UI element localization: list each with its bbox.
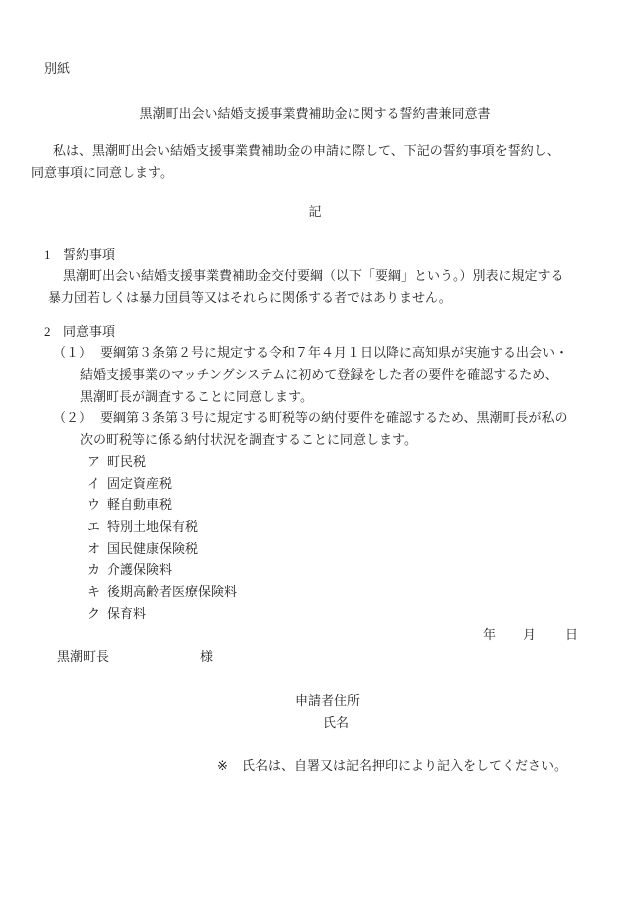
section-1-body-line-1: 黒潮町出会い結婚支援事業費補助金交付要綱（以下「要綱」という。）別表に規定する bbox=[63, 265, 630, 287]
tax-list-item: ク保育料 bbox=[87, 603, 630, 625]
addressee-name: 黒潮町長 bbox=[57, 649, 109, 664]
tax-list-item: ア町民税 bbox=[87, 451, 630, 473]
consent-item-2-text: 要綱第３条第３号に規定する町税等の納付要件を確認するため、黒潮町長が私の bbox=[100, 410, 567, 425]
tax-item-7-label: 後期高齢者医療保険料 bbox=[107, 584, 237, 599]
consent-item-2-line-2: 次の町税等に係る納付状況を調査することに同意します。 bbox=[80, 429, 630, 451]
section-2-number: 2 bbox=[44, 321, 63, 343]
document-page: 別紙 黒潮町出会い結婚支援事業費補助金に関する誓約書兼同意書 私は、黒潮町出会い… bbox=[0, 0, 630, 903]
consent-item-1-line-2: 結婚支援事業のマッチングシステムに初めて登録をした者の要件を確認するため、 bbox=[80, 364, 630, 386]
tax-item-6-marker: カ bbox=[87, 559, 107, 581]
tax-item-6-label: 介護保険料 bbox=[107, 562, 172, 577]
intro-paragraph-line-2: 同意事項に同意します。 bbox=[31, 162, 630, 184]
date-year-label: 年 bbox=[483, 627, 496, 642]
attachment-label: 別紙 bbox=[44, 58, 630, 80]
tax-item-1-marker: ア bbox=[87, 451, 107, 473]
tax-item-5-marker: オ bbox=[87, 538, 107, 560]
consent-item-2-line-1: （２）要綱第３条第３号に規定する町税等の納付要件を確認するため、黒潮町長が私の bbox=[53, 407, 630, 429]
note-text: 氏名は、自署又は記名押印により記入をしてください。 bbox=[242, 758, 567, 773]
section-2-heading-label: 同意事項 bbox=[63, 324, 115, 339]
document-title: 黒潮町出会い結婚支援事業費補助金に関する誓約書兼同意書 bbox=[0, 103, 630, 125]
section-1-heading: 1誓約事項 bbox=[44, 244, 630, 266]
section-1-body-line-2: 暴力団若しくは暴力団員等又はそれらに関係する者ではありません。 bbox=[48, 287, 630, 309]
tax-item-8-label: 保育料 bbox=[107, 606, 146, 621]
tax-item-7-marker: キ bbox=[87, 581, 107, 603]
section-2-heading: 2同意事項 bbox=[44, 321, 630, 343]
consent-item-1-marker: （１） bbox=[53, 342, 100, 364]
tax-item-3-label: 軽自動車税 bbox=[107, 497, 172, 512]
tax-list-item: イ固定資産税 bbox=[87, 473, 630, 495]
tax-list-item: エ特別土地保有税 bbox=[87, 516, 630, 538]
section-1-heading-label: 誓約事項 bbox=[63, 247, 115, 262]
tax-item-3-marker: ウ bbox=[87, 494, 107, 516]
tax-list-item: ウ軽自動車税 bbox=[87, 494, 630, 516]
tax-item-2-label: 固定資産税 bbox=[107, 476, 172, 491]
consent-item-1-line-3: 黒潮町長が調査することに同意します。 bbox=[80, 386, 630, 408]
date-day-label: 日 bbox=[565, 624, 578, 646]
consent-item-2-marker: （２） bbox=[53, 407, 100, 429]
tax-item-2-marker: イ bbox=[87, 473, 107, 495]
date-blank-line: 年月日 bbox=[483, 624, 630, 646]
addressee-line: 黒潮町長様 bbox=[57, 646, 630, 668]
tax-list-item: キ後期高齢者医療保険料 bbox=[87, 581, 630, 603]
tax-item-8-marker: ク bbox=[87, 603, 107, 625]
tax-item-4-label: 特別土地保有税 bbox=[107, 519, 198, 534]
signature-note: ※氏名は、自署又は記名押印により記入をしてください。 bbox=[217, 755, 630, 777]
addressee-honorific: 様 bbox=[200, 646, 213, 668]
tax-item-1-label: 町民税 bbox=[107, 454, 146, 469]
consent-item-1-line-1: （１）要綱第３条第２号に規定する令和７年４月１日以降に高知県が実施する出会い・ bbox=[53, 342, 630, 364]
applicant-address-label: 申請者住所 bbox=[295, 690, 630, 712]
tax-item-5-label: 国民健康保険税 bbox=[107, 541, 198, 556]
date-month-label: 月 bbox=[523, 624, 536, 646]
tax-list-item: カ介護保険料 bbox=[87, 559, 630, 581]
section-1-number: 1 bbox=[44, 244, 63, 266]
tax-list-item: オ国民健康保険税 bbox=[87, 538, 630, 560]
tax-item-4-marker: エ bbox=[87, 516, 107, 538]
note-reference-mark: ※ bbox=[217, 755, 242, 777]
applicant-name-label: 氏名 bbox=[323, 712, 630, 734]
intro-paragraph-line-1: 私は、黒潮町出会い結婚支援事業費補助金の申請に際して、下記の誓約事項を誓約し、 bbox=[53, 140, 630, 162]
ki-marker: 記 bbox=[0, 201, 630, 223]
consent-item-1-text: 要綱第３条第２号に規定する令和７年４月１日以降に高知県が実施する出会い・ bbox=[100, 345, 568, 360]
